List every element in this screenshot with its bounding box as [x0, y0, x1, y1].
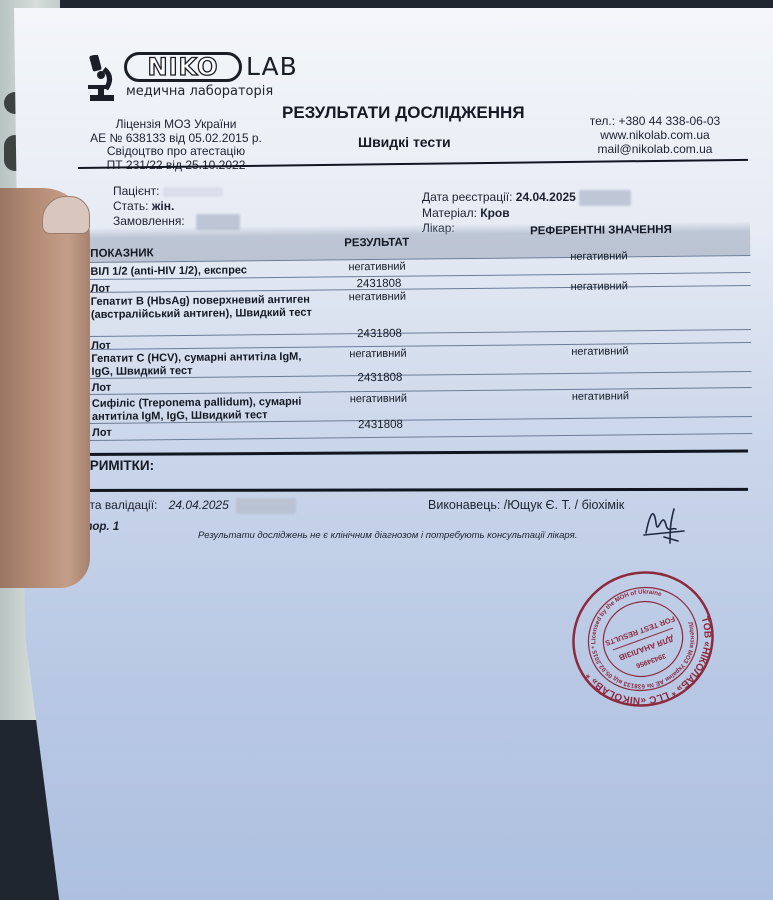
test-name: Гепатит C (HCV), сумарні антитіла IgM, I…	[91, 351, 321, 378]
lab-stamp: ТОВ «НІКОЛАБ» * LLC «NIKOLAB» * Ліцензія…	[571, 570, 715, 708]
brand-niko: NIKO	[124, 52, 242, 82]
registration-label: Дата реєстрації:	[422, 190, 512, 204]
license-line: АЕ № 638133 від 05.02.2015 р.	[84, 132, 268, 146]
test-reference: негативний	[571, 280, 628, 293]
header-indicator: ПОКАЗНИК	[90, 247, 153, 260]
brand-subtitle: медична лабораторія	[126, 84, 273, 99]
patient-info: Пацієнт: Стать: жін. Замовлення:	[113, 184, 240, 230]
material-label: Матеріал:	[422, 206, 477, 220]
contacts-block: тел.: +380 44 338-06-03 www.nikolab.com.…	[585, 114, 725, 156]
license-block: Ліцензія МОЗ України АЕ № 638133 від 05.…	[84, 118, 268, 172]
redacted-validation-time	[236, 498, 296, 514]
phone: тел.: +380 44 338-06-03	[585, 114, 725, 128]
license-line: Свідоцтво про атестацію	[84, 145, 268, 159]
executor: Виконавець: /Ющук Є. Т. / біохімік	[428, 498, 624, 512]
results-table: ПОКАЗНИК РЕЗУЛЬТАТ РЕФЕРЕНТНІ ЗНАЧЕННЯ В…	[86, 221, 752, 441]
notes-label: ПРИМІТКИ:	[80, 458, 154, 473]
test-name: Гепатит B (HbsAg) поверхневий антиген (а…	[91, 294, 321, 321]
disclaimer: Результати досліджень не є клінічним діа…	[198, 530, 577, 541]
test-reference: негативний	[570, 250, 627, 263]
header-reference: РЕФЕРЕНТНІ ЗНАЧЕННЯ	[530, 224, 672, 237]
redacted-patient-name	[163, 187, 223, 197]
validation-info: Дата валідації: 24.04.2025	[75, 498, 296, 514]
lot-number: 2431808	[357, 328, 402, 340]
material-value: Кров	[480, 206, 509, 220]
test-reference: негативний	[572, 390, 629, 403]
table-row: Гепатит B (HbsAg) поверхневий антиген (а…	[87, 285, 751, 336]
order-label: Замовлення:	[113, 214, 185, 228]
sex-value: жін.	[152, 199, 174, 213]
header-result: РЕЗУЛЬТАТ	[344, 237, 409, 250]
document-subtitle: Швидкі тести	[358, 134, 451, 150]
holding-thumb	[0, 188, 90, 588]
test-result: негативний	[350, 393, 407, 406]
signature	[640, 503, 690, 545]
patient-label: Пацієнт:	[113, 184, 159, 198]
brand-lab: LAB	[246, 52, 298, 81]
test-result: негативний	[349, 291, 406, 304]
thumbnail	[42, 196, 90, 234]
test-result: негативний	[348, 261, 405, 274]
redacted-time	[579, 190, 631, 206]
license-line: Ліцензія МОЗ України	[84, 118, 268, 132]
lot-number: 2431808	[358, 419, 403, 431]
registration-date: 24.04.2025	[516, 190, 576, 204]
microscope-icon	[88, 55, 114, 101]
validation-date: 24.04.2025	[169, 498, 229, 512]
test-name: Сифіліс (Treponema pallidum), сумарні ан…	[92, 396, 322, 423]
test-reference: негативний	[571, 345, 628, 358]
document-title: РЕЗУЛЬТАТИ ДОСЛІДЖЕННЯ	[282, 103, 525, 123]
website: www.nikolab.com.ua	[585, 128, 725, 142]
sex-label: Стать:	[113, 199, 149, 213]
lot-number: 2431808	[358, 372, 403, 384]
email: mail@nikolab.com.ua	[585, 142, 725, 156]
lot-label: Лот	[92, 425, 322, 440]
test-result: негативний	[349, 348, 406, 361]
